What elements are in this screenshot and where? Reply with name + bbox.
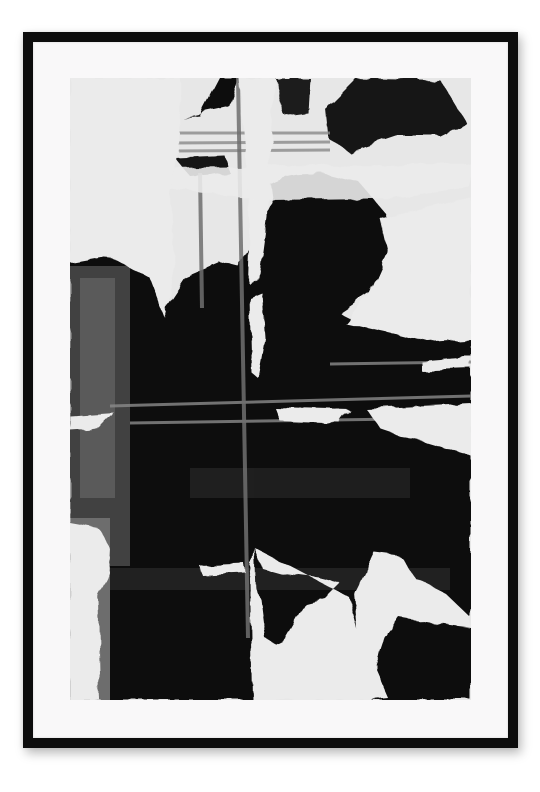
abstract-artwork (70, 78, 471, 700)
picture-frame (23, 32, 518, 748)
passe-partout-mat (33, 42, 508, 738)
